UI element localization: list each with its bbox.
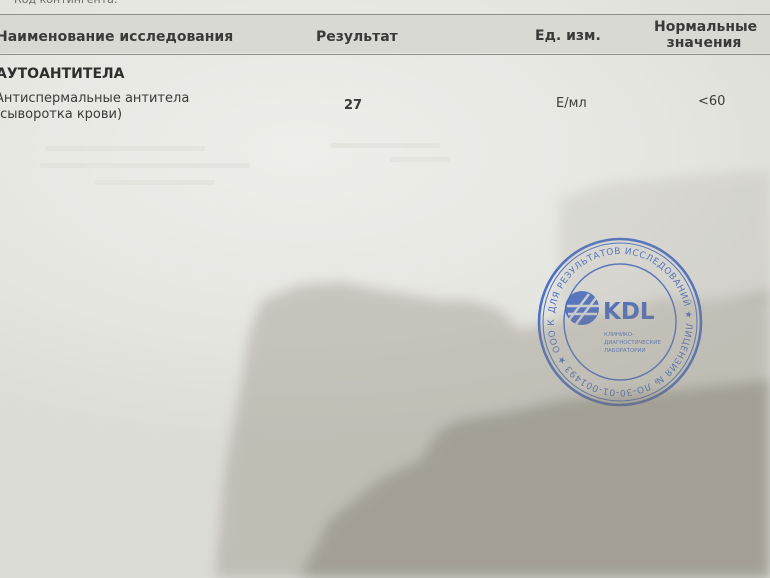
header-reference-line2: значения: [654, 35, 754, 51]
bleed-through-text: [390, 157, 450, 162]
stamp-logo-text: KDL: [603, 299, 655, 325]
document-page: Код контингента: Наименование исследован…: [0, 0, 770, 578]
test-reference: <60: [698, 94, 725, 110]
header-unit: Ед. изм.: [535, 28, 601, 44]
header-name: Наименование исследования: [0, 29, 233, 45]
test-name: Антиспермальные антитела (сыворотка кров…: [0, 91, 189, 123]
globe-logo-icon: [565, 291, 599, 325]
test-unit: Е/мл: [556, 96, 587, 112]
test-result: 27: [344, 98, 362, 114]
header-bottom-rule: [0, 54, 770, 55]
section-title: АУТОАНТИТЕЛА: [0, 66, 124, 82]
test-name-line1: Антиспермальные антитела: [0, 91, 189, 107]
bleed-through-text: [95, 180, 215, 185]
stamp-subtitle-line3: ЛАБОРАТОРИИ: [604, 348, 645, 354]
contingent-code-label: Код контингента:: [14, 0, 118, 6]
bleed-through-text: [330, 143, 440, 148]
stamp-subtitle-line1: КЛИНИКО-: [604, 332, 634, 338]
stamp-subtitle-line2: ДИАГНОСТИЧЕСКИЕ: [604, 340, 661, 346]
header-reference-line1: Нормальные: [654, 19, 754, 35]
kdl-stamp: ДЛЯ РЕЗУЛЬТАТОВ ИССЛЕДОВАНИЙ ★ ЛИЦЕНЗИЯ …: [536, 236, 704, 408]
bleed-through-text: [45, 146, 205, 151]
header-result: Результат: [316, 29, 398, 45]
bleed-through-text: [40, 163, 250, 168]
header-reference: Нормальные значения: [654, 19, 754, 51]
test-name-line2: (сыворотка крови): [0, 107, 189, 123]
